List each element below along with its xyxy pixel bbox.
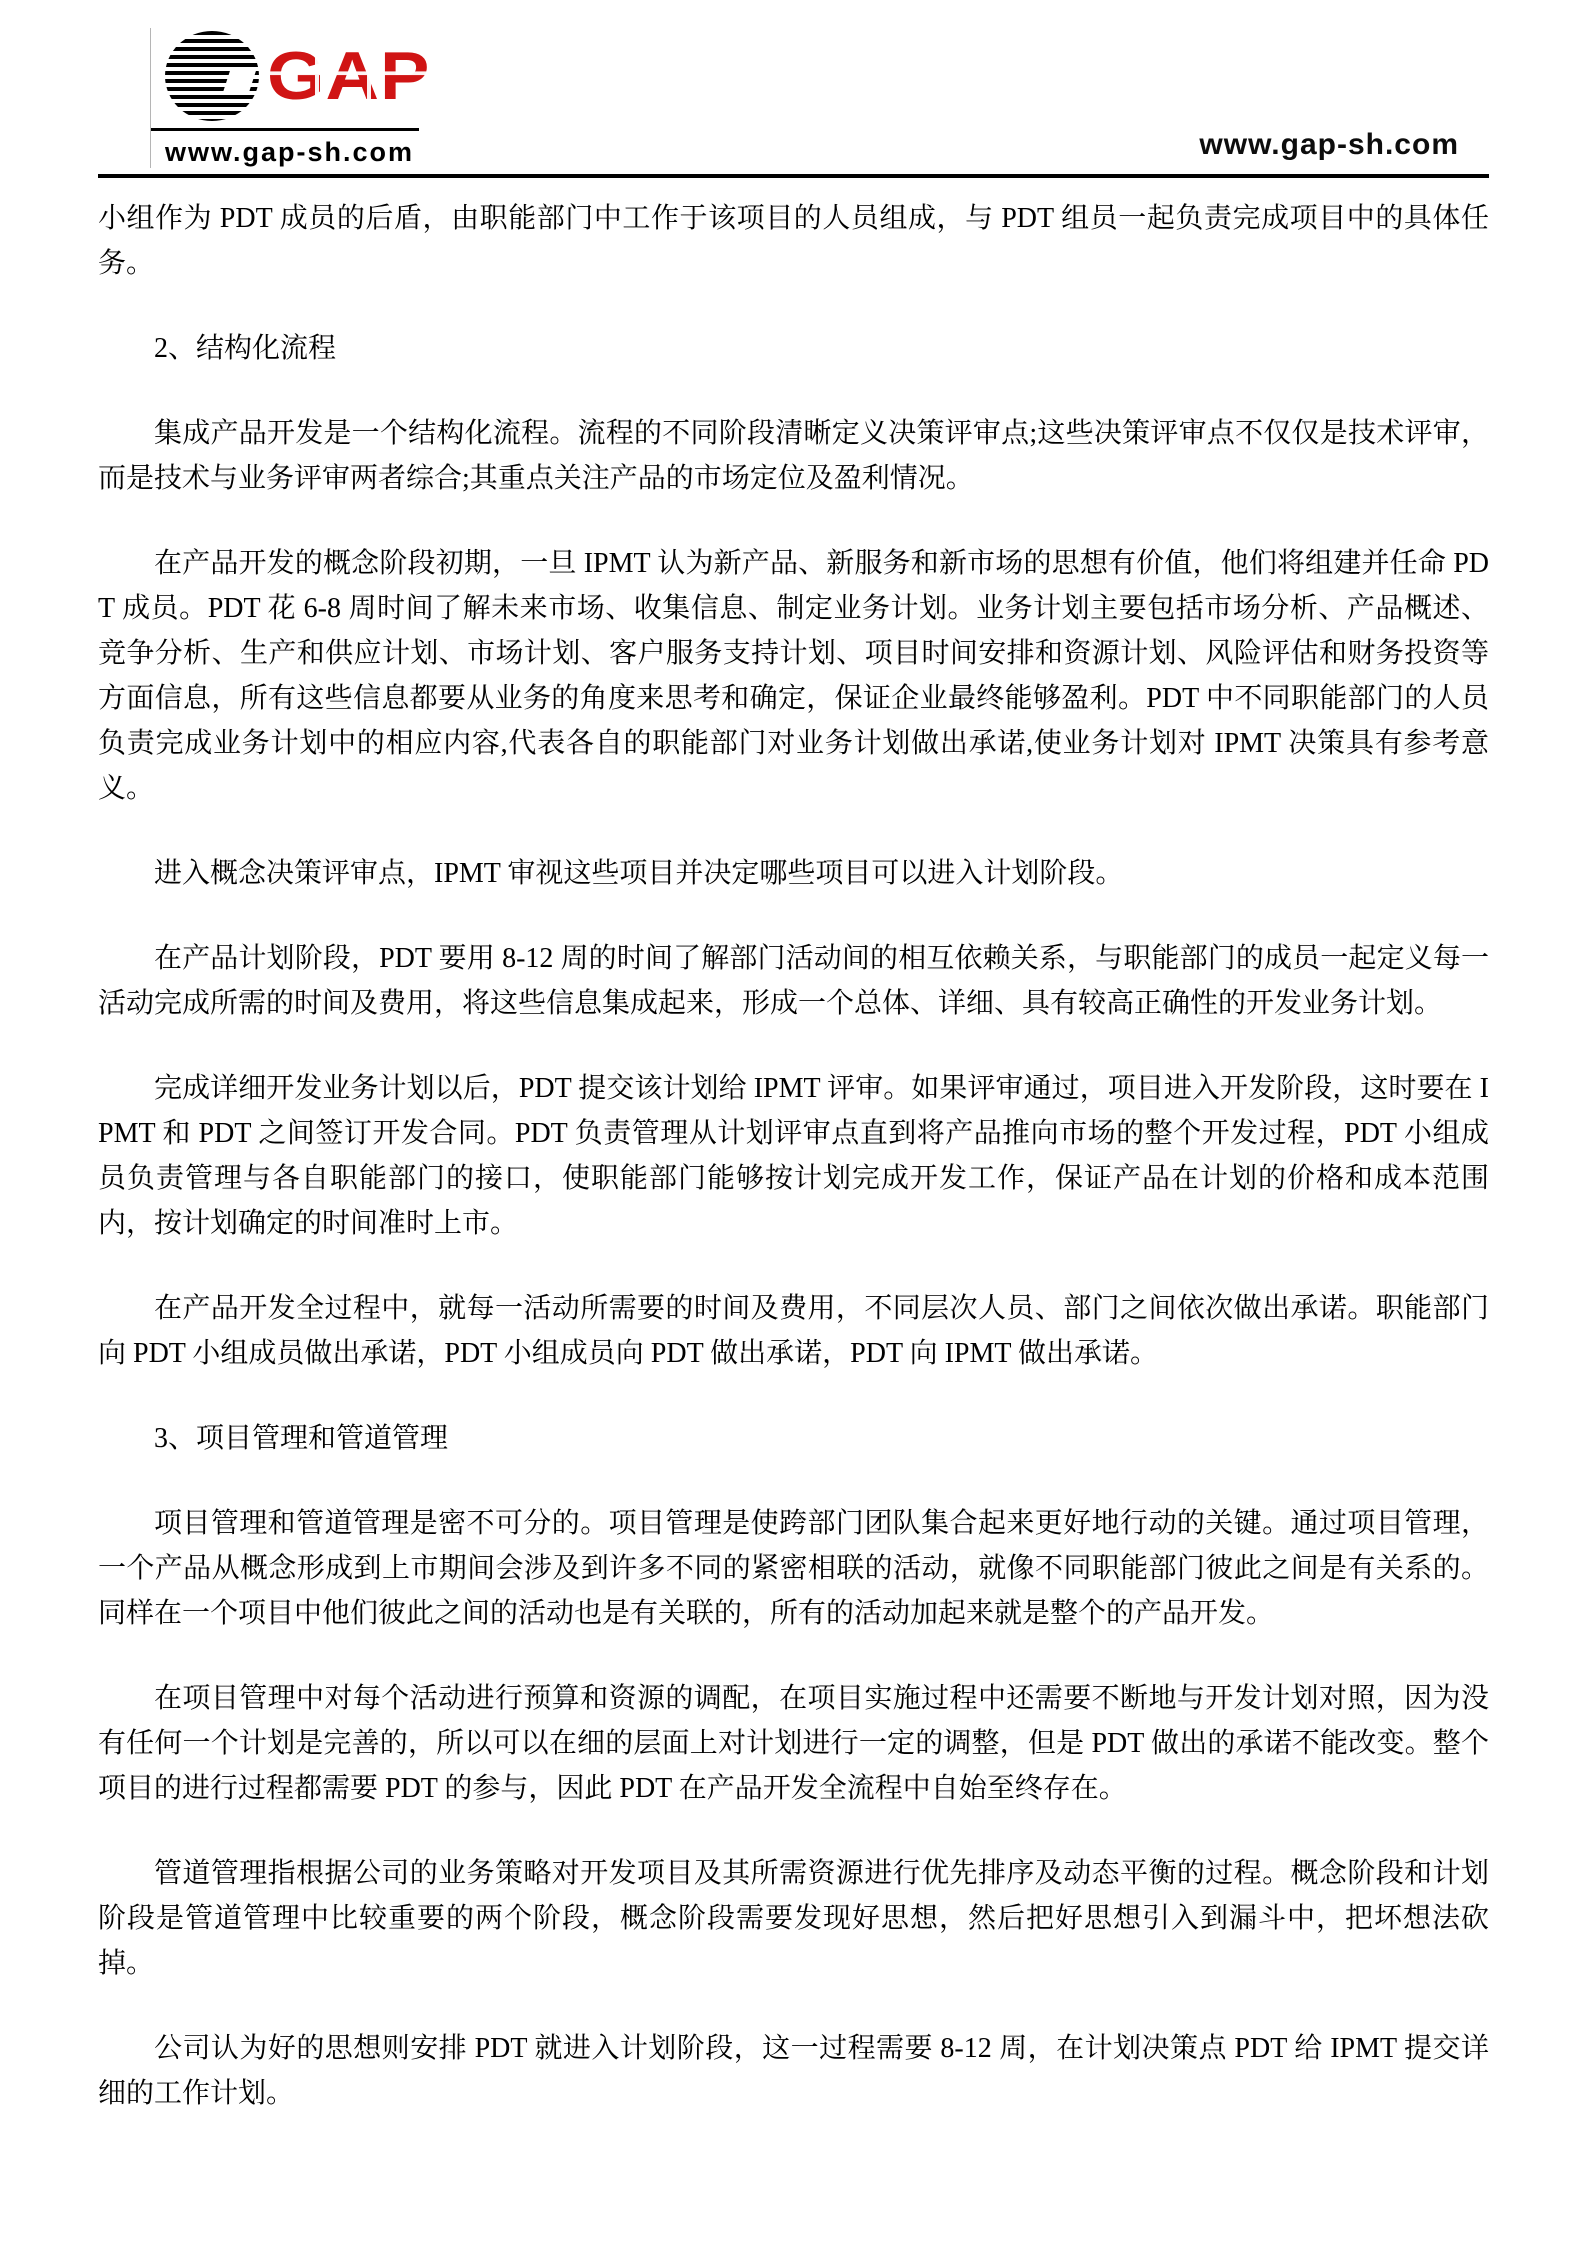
paragraph: 在项目管理中对每个活动进行预算和资源的调配，在项目实施过程中还需要不断地与开发计… [98,1676,1489,1811]
section-heading-3: 3、项目管理和管道管理 [98,1416,1489,1461]
paragraph: 集成产品开发是一个结构化流程。流程的不同阶段清晰定义决策评审点;这些决策评审点不… [98,411,1489,501]
paragraph: 项目管理和管道管理是密不可分的。项目管理是使跨部门团队集合起来更好地行动的关键。… [98,1501,1489,1636]
paragraph-continuation: 小组作为 PDT 成员的后盾，由职能部门中工作于该项目的人员组成，与 PDT 组… [98,196,1489,286]
logo-text: GAP [267,42,430,110]
page-header: GAP www.gap-sh.com www.gap-sh.com [98,0,1489,178]
paragraph: 管道管理指根据公司的业务策略对开发项目及其所需资源进行优先排序及动态平衡的过程。… [98,1851,1489,1986]
gap-logo: GAP www.gap-sh.com [150,28,430,168]
document-body: 小组作为 PDT 成员的后盾，由职能部门中工作于该项目的人员组成，与 PDT 组… [98,196,1489,2116]
paragraph: 进入概念决策评审点，IPMT 审视这些项目并决定哪些项目可以进入计划阶段。 [98,851,1489,896]
paragraph: 在产品计划阶段，PDT 要用 8-12 周的时间了解部门活动间的相互依赖关系，与… [98,936,1489,1026]
logo-row: GAP [165,28,430,124]
globe-icon [165,31,259,121]
paragraph: 完成详细开发业务计划以后，PDT 提交该计划给 IPMT 评审。如果评审通过，项… [98,1066,1489,1246]
document-page: GAP www.gap-sh.com www.gap-sh.com 小组作为 P… [0,0,1587,2245]
header-site-url: www.gap-sh.com [1199,128,1459,168]
paragraph: 公司认为好的思想则安排 PDT 就进入计划阶段，这一过程需要 8-12 周，在计… [98,2026,1489,2116]
logo-divider [151,128,419,131]
paragraph: 在产品开发全过程中，就每一活动所需要的时间及费用，不同层次人员、部门之间依次做出… [98,1286,1489,1376]
logo-url-text: www.gap-sh.com [165,137,430,168]
paragraph: 在产品开发的概念阶段初期，一旦 IPMT 认为新产品、新服务和新市场的思想有价值… [98,541,1489,811]
section-heading-2: 2、结构化流程 [98,326,1489,371]
